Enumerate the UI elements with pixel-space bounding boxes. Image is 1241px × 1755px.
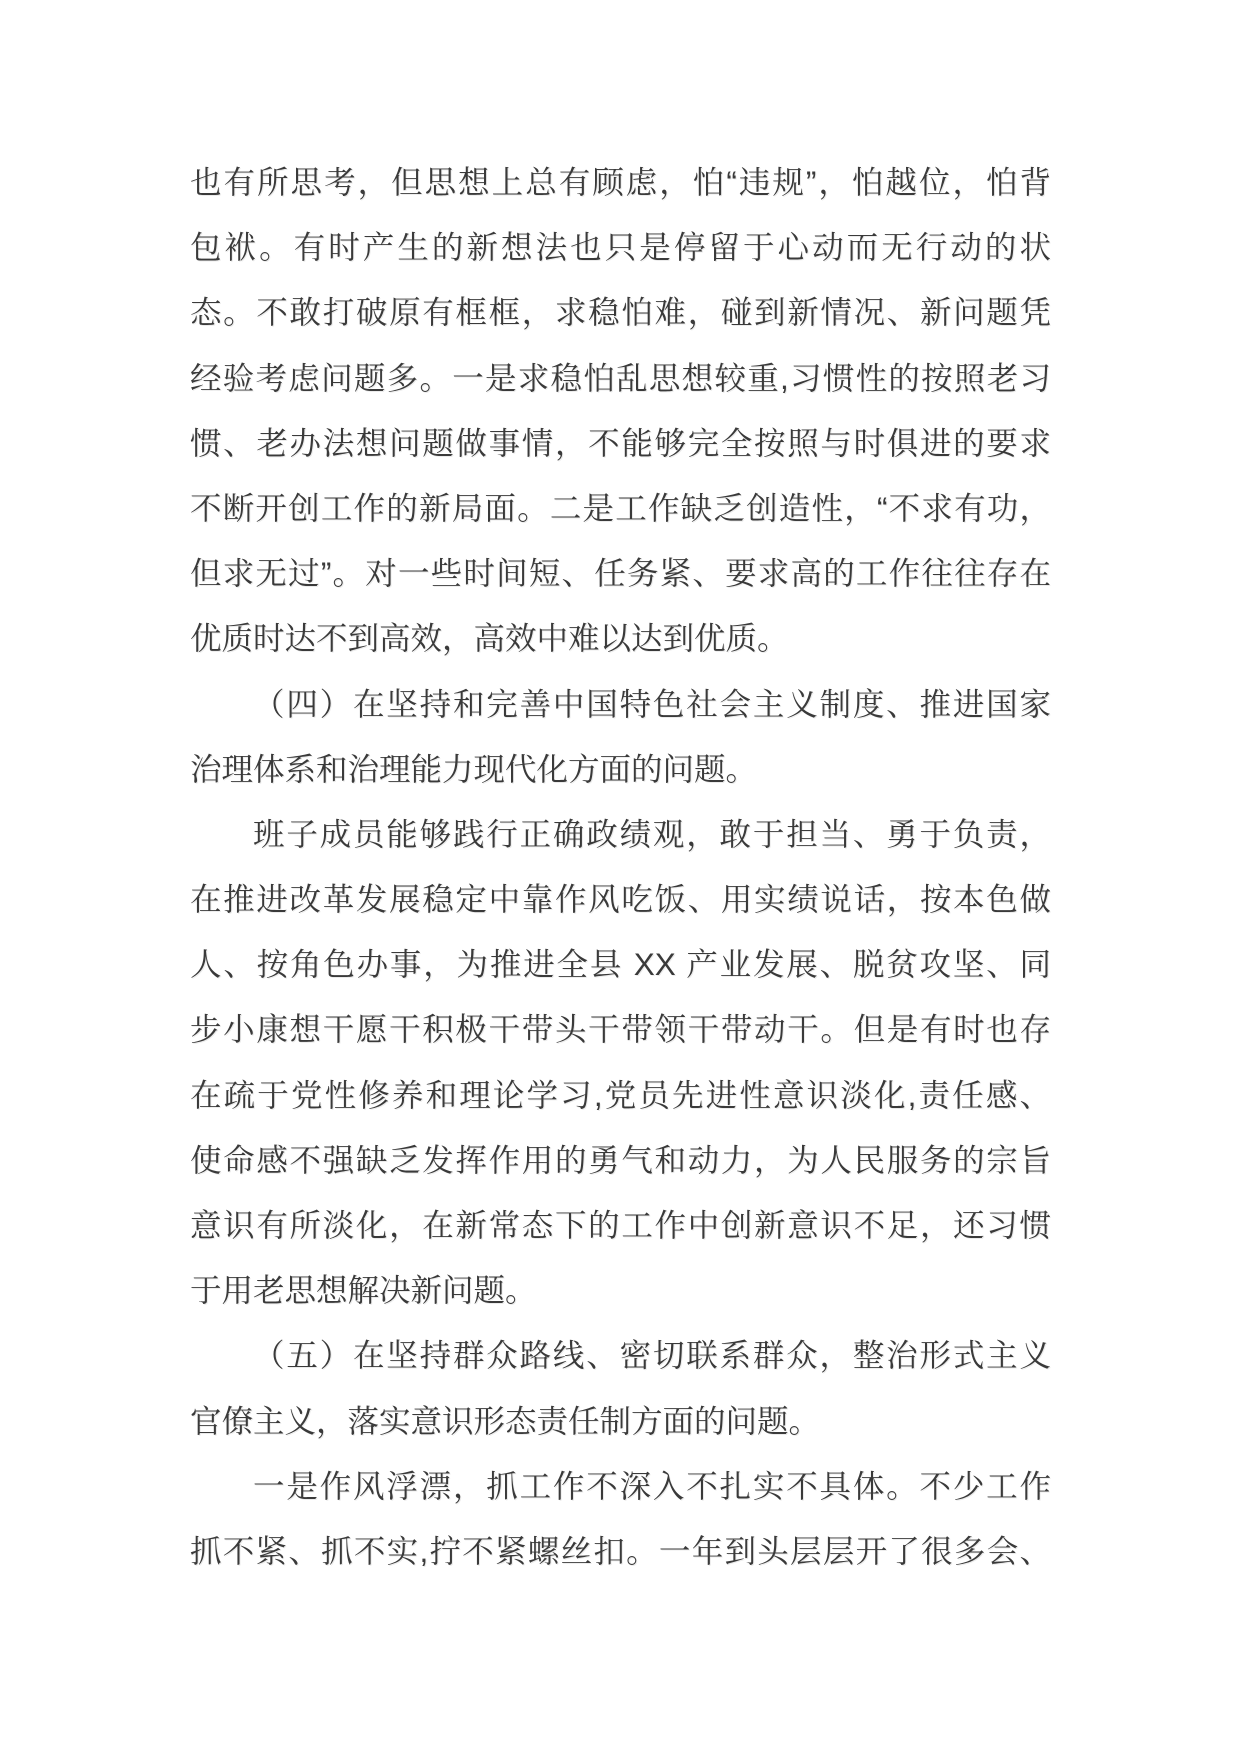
- document-line: 官僚主义，落实意识形态责任制方面的问题。: [190, 1389, 1051, 1454]
- document-line: 经验考虑问题多。一是求稳怕乱思想较重,习惯性的按照老习: [190, 346, 1051, 411]
- document-line: 在疏于党性修养和理论学习,党员先进性意识淡化,责任感、: [190, 1063, 1051, 1128]
- document-line: 包袱。有时产生的新想法也只是停留于心动而无行动的状: [190, 215, 1051, 280]
- document-line: 于用老思想解决新问题。: [190, 1258, 1051, 1323]
- document-line: 一是作风浮漂，抓工作不深入不扎实不具体。不少工作: [190, 1454, 1051, 1519]
- document-line: 不断开创工作的新局面。二是工作缺乏创造性，“不求有功，: [190, 476, 1051, 541]
- document-line: 优质时达不到高效，高效中难以达到优质。: [190, 606, 1051, 671]
- document-line: 但求无过”。对一些时间短、任务紧、要求高的工作往往存在: [190, 541, 1051, 606]
- document-line: 人、按角色办事，为推进全县 XX 产业发展、脱贫攻坚、同: [190, 932, 1051, 997]
- document-line: 步小康想干愿干积极干带头干带领干带动干。但是有时也存: [190, 997, 1051, 1062]
- document-line: 态。不敢打破原有框框，求稳怕难，碰到新情况、新问题凭: [190, 280, 1051, 345]
- document-line: （四）在坚持和完善中国特色社会主义制度、推进国家: [190, 672, 1051, 737]
- document-line: 惯、老办法想问题做事情，不能够完全按照与时俱进的要求: [190, 411, 1051, 476]
- document-body: 也有所思考，但思想上总有顾虑，怕“违规”，怕越位，怕背包袱。有时产生的新想法也只…: [190, 150, 1051, 1584]
- document-line: 治理体系和治理能力现代化方面的问题。: [190, 737, 1051, 802]
- document-line: 也有所思考，但思想上总有顾虑，怕“违规”，怕越位，怕背: [190, 150, 1051, 215]
- document-line: 抓不紧、抓不实,拧不紧螺丝扣。一年到头层层开了很多会、: [190, 1519, 1051, 1584]
- document-line: （五）在坚持群众路线、密切联系群众，整治形式主义: [190, 1323, 1051, 1388]
- document-line: 在推进改革发展稳定中靠作风吃饭、用实绩说话，按本色做: [190, 867, 1051, 932]
- document-line: 意识有所淡化，在新常态下的工作中创新意识不足，还习惯: [190, 1193, 1051, 1258]
- document-line: 使命感不强缺乏发挥作用的勇气和动力，为人民服务的宗旨: [190, 1128, 1051, 1193]
- document-page: 也有所思考，但思想上总有顾虑，怕“违规”，怕越位，怕背包袱。有时产生的新想法也只…: [0, 0, 1241, 1755]
- document-line: 班子成员能够践行正确政绩观，敢于担当、勇于负责，: [190, 802, 1051, 867]
